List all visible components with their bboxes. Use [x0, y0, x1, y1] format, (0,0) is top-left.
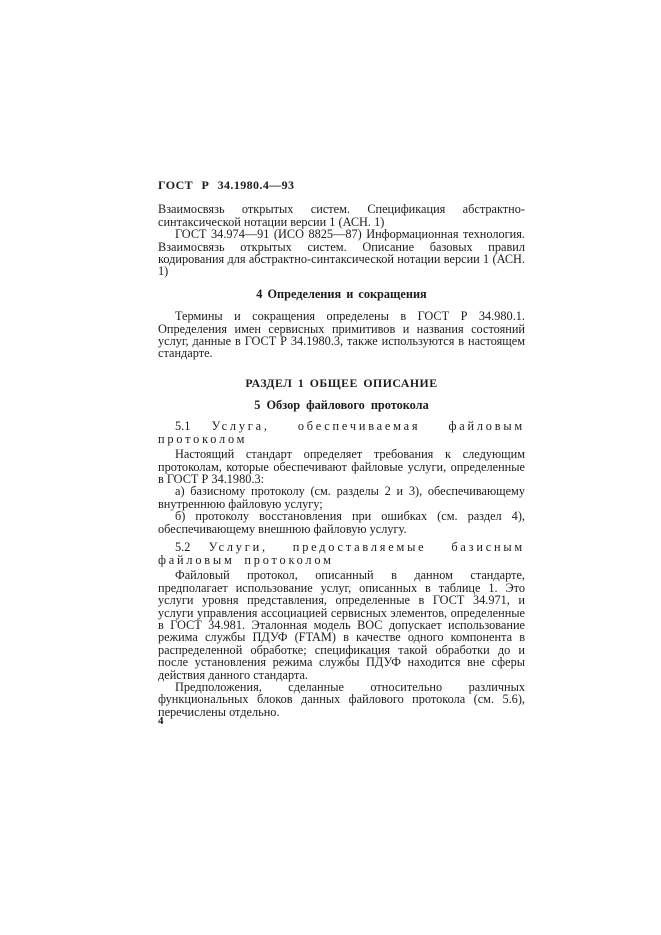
subsection-5-1-number: 5.1 — [175, 419, 190, 433]
paragraph-file-protocol-services: Файловый протокол, описанный в данном ст… — [158, 569, 525, 681]
text-column: ГОСТ Р 34.1980.4—93 Взаимосвязь открытых… — [158, 179, 525, 718]
subsection-5-1-heading: 5.1 Услуга, обеспечиваемая файловым прот… — [158, 420, 525, 446]
paragraph-terms-definitions: Термины и сокращения определены в ГОСТ Р… — [158, 310, 525, 360]
subsection-5-1-title: Услуга, обеспечиваемая файловым протокол… — [158, 419, 525, 446]
page-number: 4 — [158, 715, 164, 727]
list-item-b-error-recovery-protocol: б) протоколу восстановления при ошибках … — [158, 510, 525, 535]
paragraph-asn-spec-reference: Взаимосвязь открытых систем. Спецификаци… — [158, 203, 525, 228]
section-4-heading: 4 Определения и сокращения — [158, 288, 525, 300]
paragraph-gost-974-reference: ГОСТ 34.974—91 (ИСО 8825—87) Информацион… — [158, 228, 525, 278]
section-5-heading: 5 Обзор файлового протокола — [158, 399, 525, 411]
subsection-5-2-number: 5.2 — [175, 540, 190, 554]
razdel-1-heading: РАЗДЕЛ 1 ОБЩЕЕ ОПИСАНИЕ — [158, 377, 525, 389]
paragraph-assumptions: Предположения, сделанные относительно ра… — [158, 681, 525, 718]
running-head-gost-number: ГОСТ Р 34.1980.4—93 — [158, 179, 525, 191]
list-item-a-basic-protocol: а) базисному протоколу (см. разделы 2 и … — [158, 485, 525, 510]
subsection-5-2-title: Услуги, предоставляемые базисным файловы… — [158, 540, 525, 567]
subsection-5-2-heading: 5.2 Услуги, предоставляемые базисным фай… — [158, 541, 525, 567]
scanned-document-page: ГОСТ Р 34.1980.4—93 Взаимосвязь открытых… — [0, 0, 661, 935]
paragraph-protocol-scope: Настоящий стандарт определяет требования… — [158, 448, 525, 485]
